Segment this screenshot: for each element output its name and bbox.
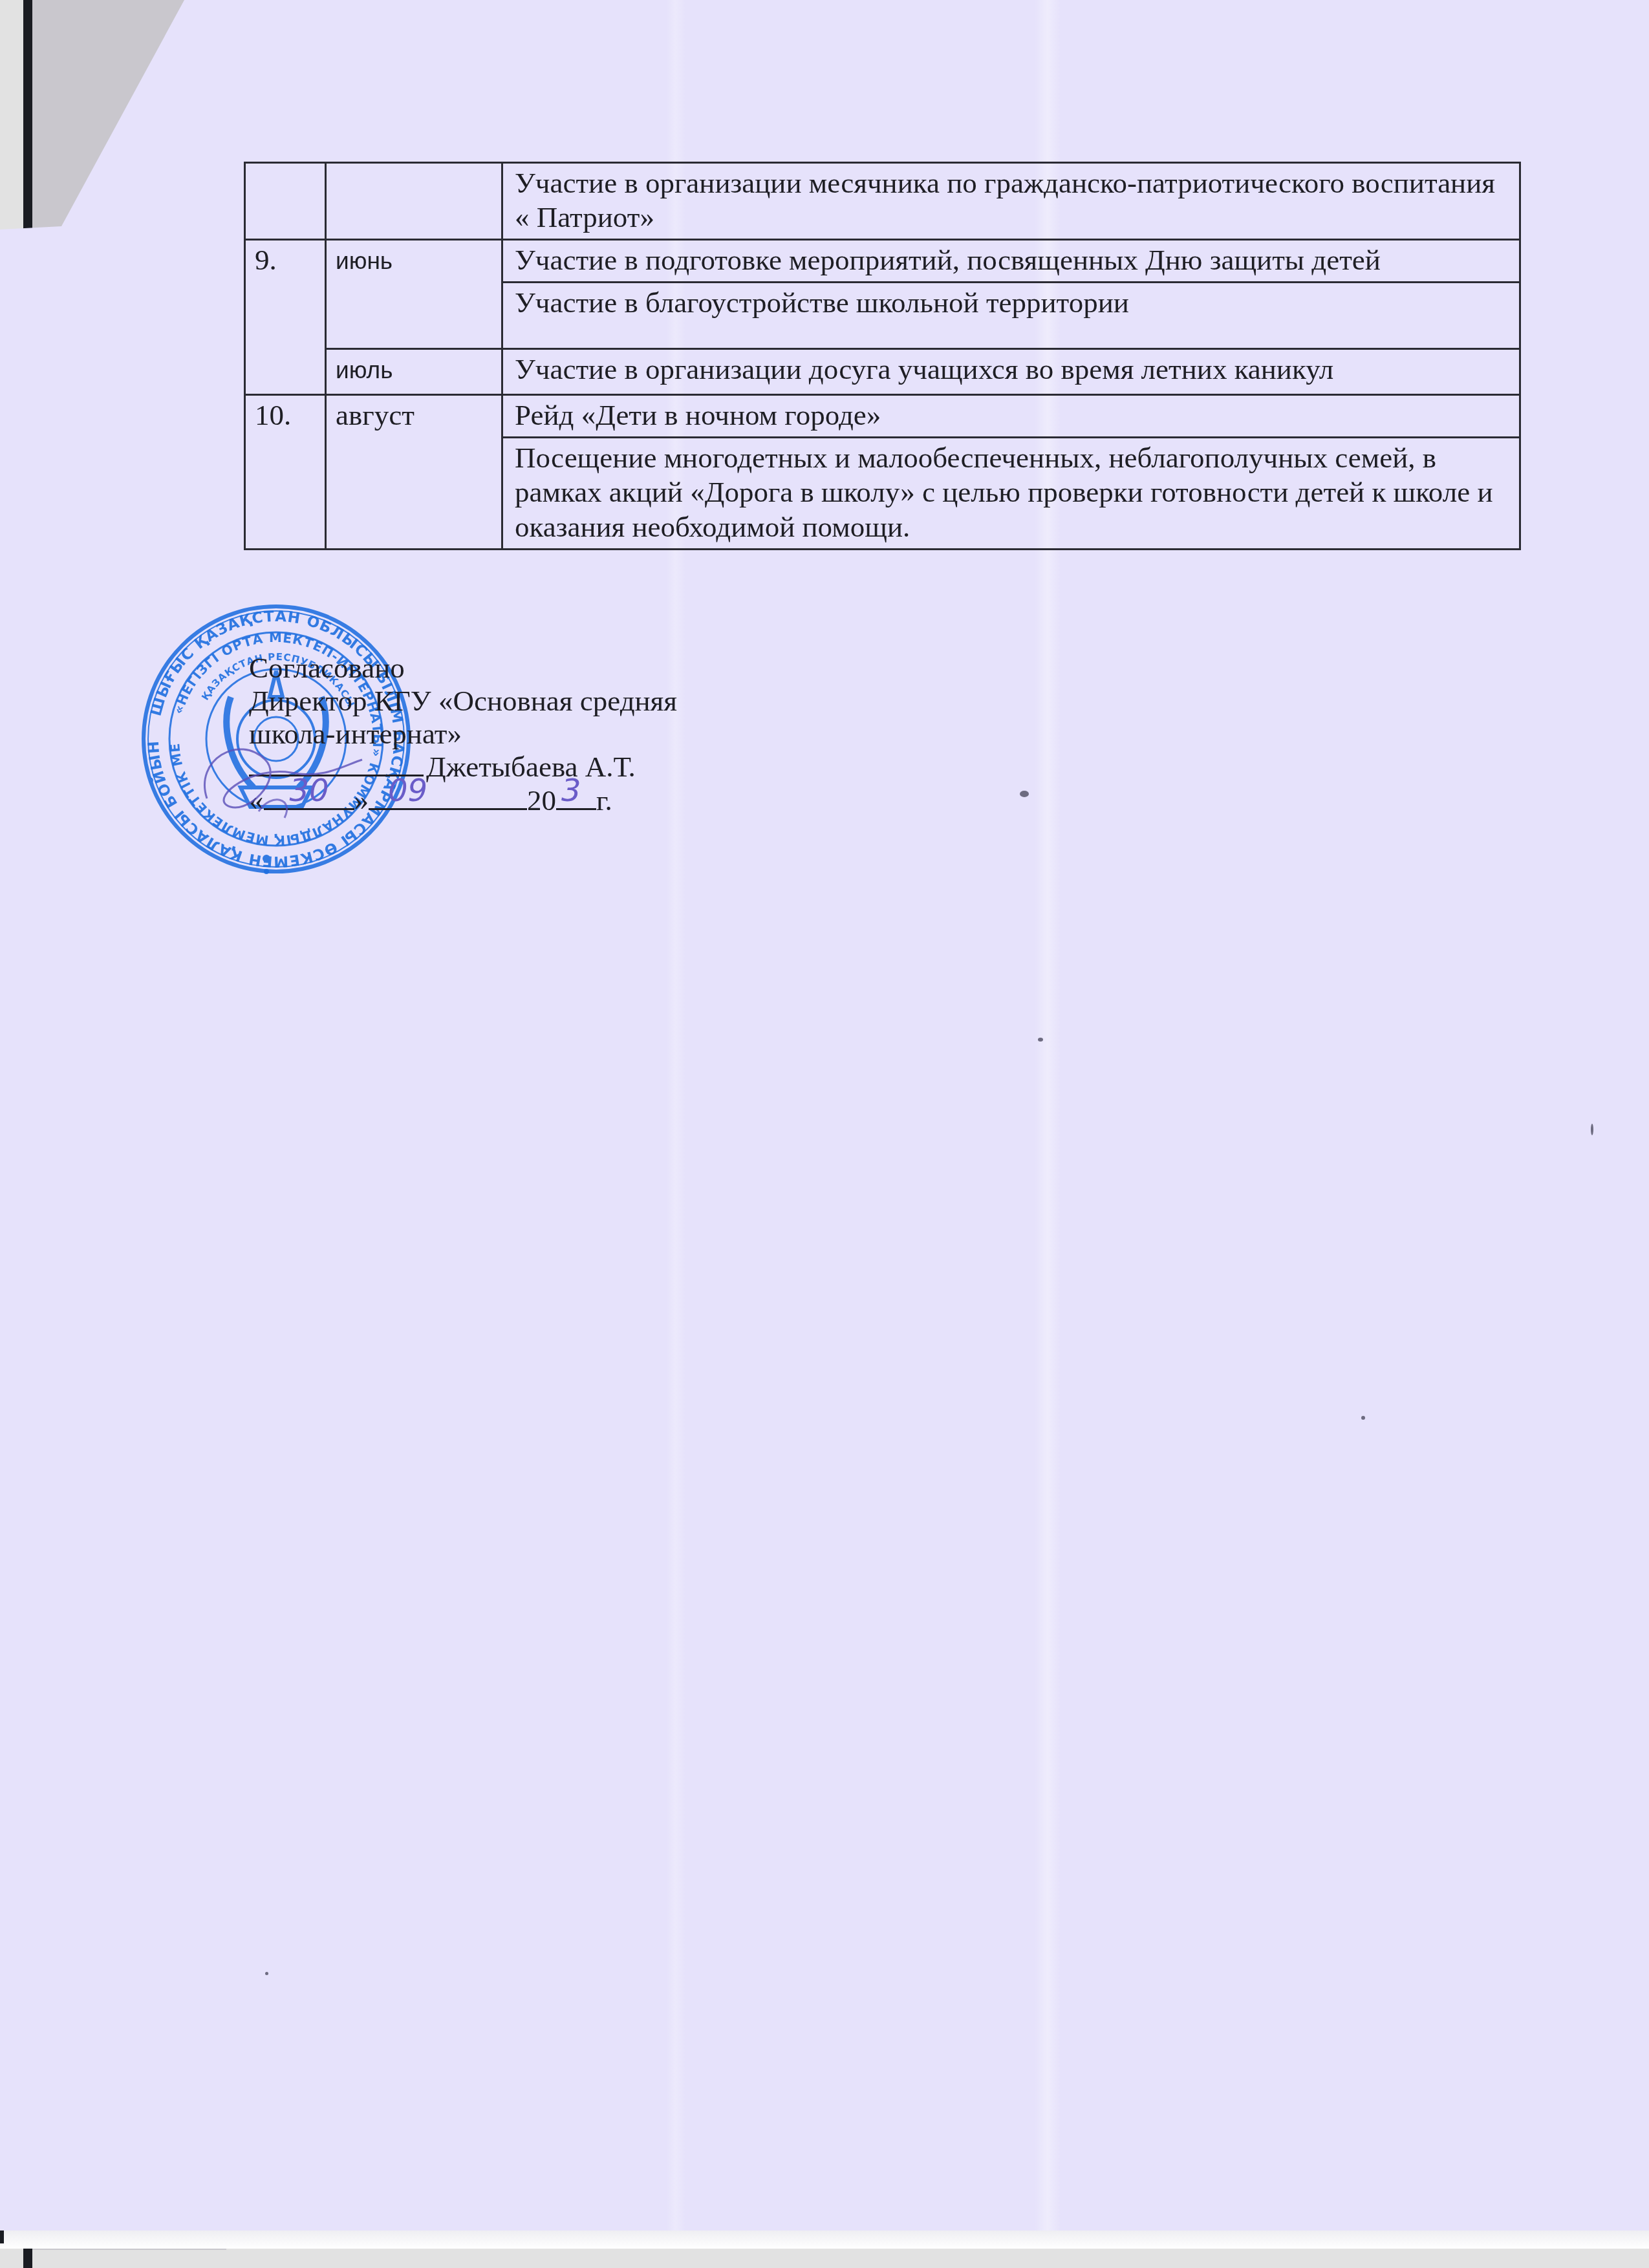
date-year-field: 3 <box>556 784 596 810</box>
activity-cell: Участие в организации досуга учащихся во… <box>502 349 1520 395</box>
approval-position-line1: Директор КГУ «Основная средняя <box>249 685 677 718</box>
table-row: Участие в организации месячника по гражд… <box>245 163 1520 240</box>
scanner-mark <box>0 2231 4 2243</box>
row-number-cell: 9. <box>245 240 326 395</box>
month-cell: август <box>326 395 502 549</box>
table-row: 10. август Рейд «Дети в ночном городе» <box>245 395 1520 438</box>
date-month-handwritten: 09 <box>388 775 427 808</box>
activity-plan-table: Участие в организации месячника по гражд… <box>244 162 1521 550</box>
month-cell: июнь <box>326 240 502 349</box>
activity-cell: Рейд «Дети в ночном городе» <box>502 395 1520 438</box>
activity-cell: Посещение многодетных и малообеспеченных… <box>502 438 1520 549</box>
date-year-handwritten: 3 <box>561 775 581 808</box>
month-cell: июль <box>326 349 502 395</box>
date-suffix: г. <box>596 784 612 817</box>
row-number-cell: 10. <box>245 395 326 549</box>
month-cell <box>326 163 502 240</box>
table-row: 9. июнь Участие в подготовке мероприятий… <box>245 240 1520 283</box>
approval-title: Согласовано <box>249 652 677 685</box>
row-number-cell <box>245 163 326 240</box>
activity-cell: Участие в подготовке мероприятий, посвящ… <box>502 240 1520 283</box>
activity-cell: Участие в благоустройстве школьной терри… <box>502 283 1520 349</box>
date-month-field: 09 <box>369 784 527 810</box>
page-bottom-edge <box>0 2231 1649 2249</box>
table-row: июль Участие в организации досуга учащих… <box>245 349 1520 395</box>
date-year-prefix: 20 <box>527 784 556 817</box>
activity-cell: Участие в организации месячника по гражд… <box>502 163 1520 240</box>
handwritten-signature <box>181 721 375 837</box>
signer-name: Джетыбаева А.Т. <box>426 751 636 783</box>
